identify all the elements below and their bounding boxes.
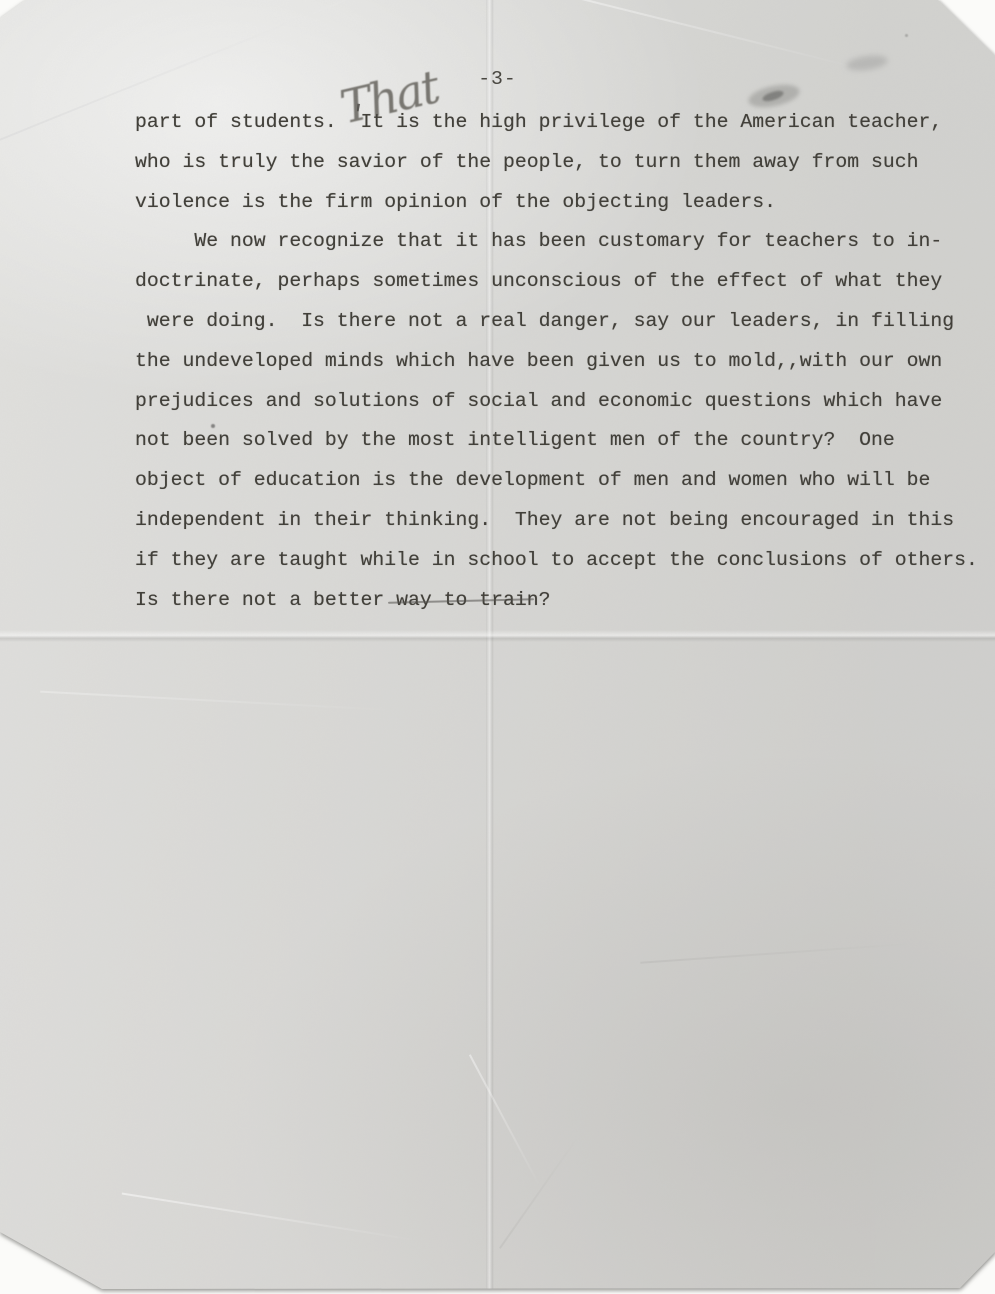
scanned-document: -3- That ' part of students. It is the h… bbox=[0, 0, 995, 1294]
typed-line: the undeveloped minds which have been gi… bbox=[135, 342, 978, 382]
last-line-prefix: Is there not a better bbox=[135, 589, 396, 611]
typed-line: not been solved by the most intelligent … bbox=[135, 421, 978, 461]
typed-line-last: Is there not a better way to train? bbox=[135, 581, 978, 621]
paper-crease bbox=[564, 0, 856, 68]
struck-text: way to train bbox=[396, 581, 538, 621]
typed-line: violence is the firm opinion of the obje… bbox=[135, 183, 978, 223]
paper-crease bbox=[469, 1054, 541, 1187]
typed-line: who is truly the savior of the people, t… bbox=[135, 143, 978, 183]
paper-crease bbox=[640, 942, 919, 964]
typed-line: independent in their thinking. They are … bbox=[135, 501, 978, 541]
last-line-suffix: ? bbox=[539, 589, 551, 611]
typed-line: if they are taught while in school to ac… bbox=[135, 541, 978, 581]
typed-line: prejudices and solutions of social and e… bbox=[135, 382, 978, 422]
typed-line: object of education is the development o… bbox=[135, 461, 978, 501]
typed-line: part of students. It is the high privile… bbox=[135, 103, 978, 143]
paper-crease bbox=[40, 691, 400, 712]
typed-text-block: part of students. It is the high privile… bbox=[135, 103, 978, 620]
page-number: -3- bbox=[0, 68, 995, 90]
horizontal-fold-crease bbox=[0, 630, 995, 642]
paper-crease bbox=[499, 1133, 581, 1249]
paper-shadow-wrap: -3- That ' part of students. It is the h… bbox=[0, 0, 995, 1294]
paper-sheet: -3- That ' part of students. It is the h… bbox=[0, 0, 995, 1294]
paper-crease bbox=[122, 1193, 419, 1242]
typed-line: We now recognize that it has been custom… bbox=[135, 222, 978, 262]
typed-line: doctrinate, perhaps sometimes unconsciou… bbox=[135, 262, 978, 302]
ink-speck bbox=[905, 34, 908, 37]
typed-line: were doing. Is there not a real danger, … bbox=[135, 302, 978, 342]
